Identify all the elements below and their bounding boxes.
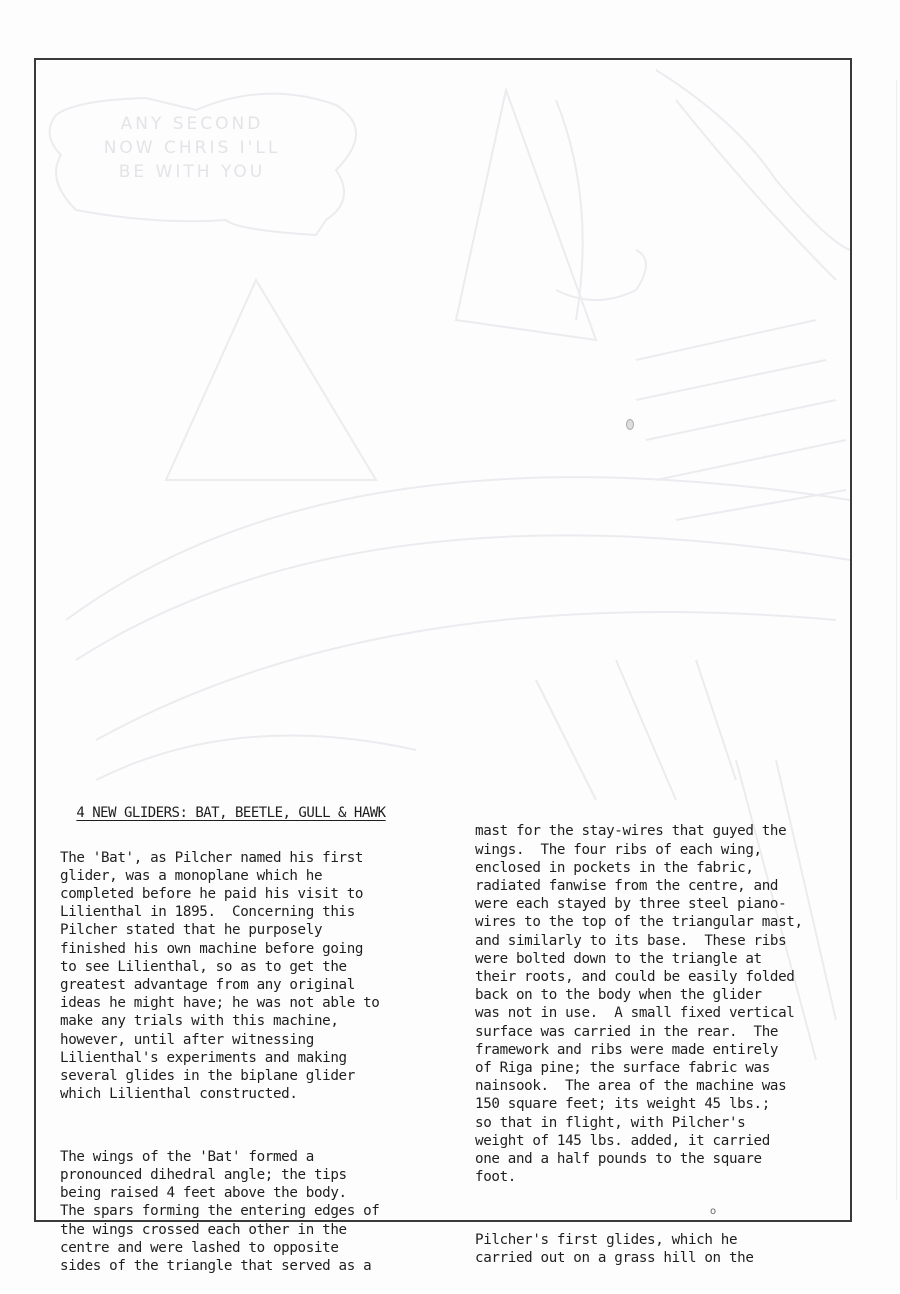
text-line: wings. The four ribs of each wing, <box>475 841 835 859</box>
text-line: so that in flight, with Pilcher's <box>475 1114 835 1132</box>
text-line: sides of the triangle that served as a <box>60 1257 420 1275</box>
text-line: framework and ribs were made entirely <box>475 1041 835 1059</box>
text-line: glider, was a monoplane which he <box>60 867 420 885</box>
text-line: Lilienthal in 1895. Concerning this <box>60 903 420 921</box>
text-line: was not in use. A small fixed vertical <box>475 1004 835 1022</box>
text-line: Lilienthal's experiments and making <box>60 1049 420 1067</box>
text-line: back on to the body when the glider <box>475 986 835 1004</box>
text-line: of Riga pine; the surface fabric was <box>475 1059 835 1077</box>
speech-bubble-line: BE WITH YOU <box>62 160 322 184</box>
speech-bubble-text: ANY SECOND NOW CHRIS I'LL BE WITH YOU <box>62 112 322 184</box>
text-line: centre and were lashed to opposite <box>60 1239 420 1257</box>
paragraph: mast for the stay-wires that guyed thewi… <box>475 822 835 1186</box>
speech-bubble-line: NOW CHRIS I'LL <box>62 136 322 160</box>
paragraph: The 'Bat', as Pilcher named his firstgli… <box>60 849 420 1104</box>
text-line: to see Lilienthal, so as to get the <box>60 958 420 976</box>
text-line: The spars forming the entering edges of <box>60 1202 420 1220</box>
text-line: mast for the stay-wires that guyed the <box>475 822 835 840</box>
text-line: carried out on a grass hill on the <box>475 1249 835 1267</box>
text-line: greatest advantage from any original <box>60 976 420 994</box>
text-line: The wings of the 'Bat' formed a <box>60 1148 420 1166</box>
text-line: the wings crossed each other in the <box>60 1221 420 1239</box>
text-line: Pilcher's first glides, which he <box>475 1231 835 1249</box>
text-line: surface was carried in the rear. The <box>475 1023 835 1041</box>
text-line: radiated fanwise from the centre, and <box>475 877 835 895</box>
text-line: being raised 4 feet above the body. <box>60 1184 420 1202</box>
text-line: their roots, and could be easily folded <box>475 968 835 986</box>
text-line: pronounced dihedral angle; the tips <box>60 1166 420 1184</box>
text-line: The 'Bat', as Pilcher named his first <box>60 849 420 867</box>
text-line: one and a half pounds to the square <box>475 1150 835 1168</box>
page-mark: o <box>710 1206 716 1217</box>
speech-bubble-line: ANY SECOND <box>62 112 322 136</box>
text-line: ideas he might have; he was not able to <box>60 994 420 1012</box>
text-line: were each stayed by three steel piano- <box>475 895 835 913</box>
text-line: were bolted down to the triangle at <box>475 950 835 968</box>
text-line: 150 square feet; its weight 45 lbs.; <box>475 1095 835 1113</box>
text-line: weight of 145 lbs. added, it carried <box>475 1132 835 1150</box>
article-left-column: 4 NEW GLIDERS: BAT, BEETLE, GULL & HAWK … <box>60 786 420 1294</box>
text-line: several glides in the biplane glider <box>60 1067 420 1085</box>
text-line: completed before he paid his visit to <box>60 885 420 903</box>
text-line: foot. <box>475 1168 835 1186</box>
text-line: finished his own machine before going <box>60 940 420 958</box>
text-line: wires to the top of the triangular mast, <box>475 913 835 931</box>
text-line: however, until after witnessing <box>60 1031 420 1049</box>
paragraph: The wings of the 'Bat' formed apronounce… <box>60 1148 420 1275</box>
section-heading: 4 NEW GLIDERS: BAT, BEETLE, GULL & HAWK <box>76 804 385 822</box>
text-line: nainsook. The area of the machine was <box>475 1077 835 1095</box>
text-line: make any trials with this machine, <box>60 1012 420 1030</box>
scan-edge-line <box>896 80 897 1200</box>
article-right-column: mast for the stay-wires that guyed thewi… <box>475 786 835 1293</box>
text-line: Pilcher stated that he purposely <box>60 921 420 939</box>
punch-mark <box>626 419 634 430</box>
text-line: and similarly to its base. These ribs <box>475 932 835 950</box>
text-line: which Lilienthal constructed. <box>60 1085 420 1103</box>
paragraph: Pilcher's first glides, which hecarried … <box>475 1231 835 1267</box>
text-line: enclosed in pockets in the fabric, <box>475 859 835 877</box>
